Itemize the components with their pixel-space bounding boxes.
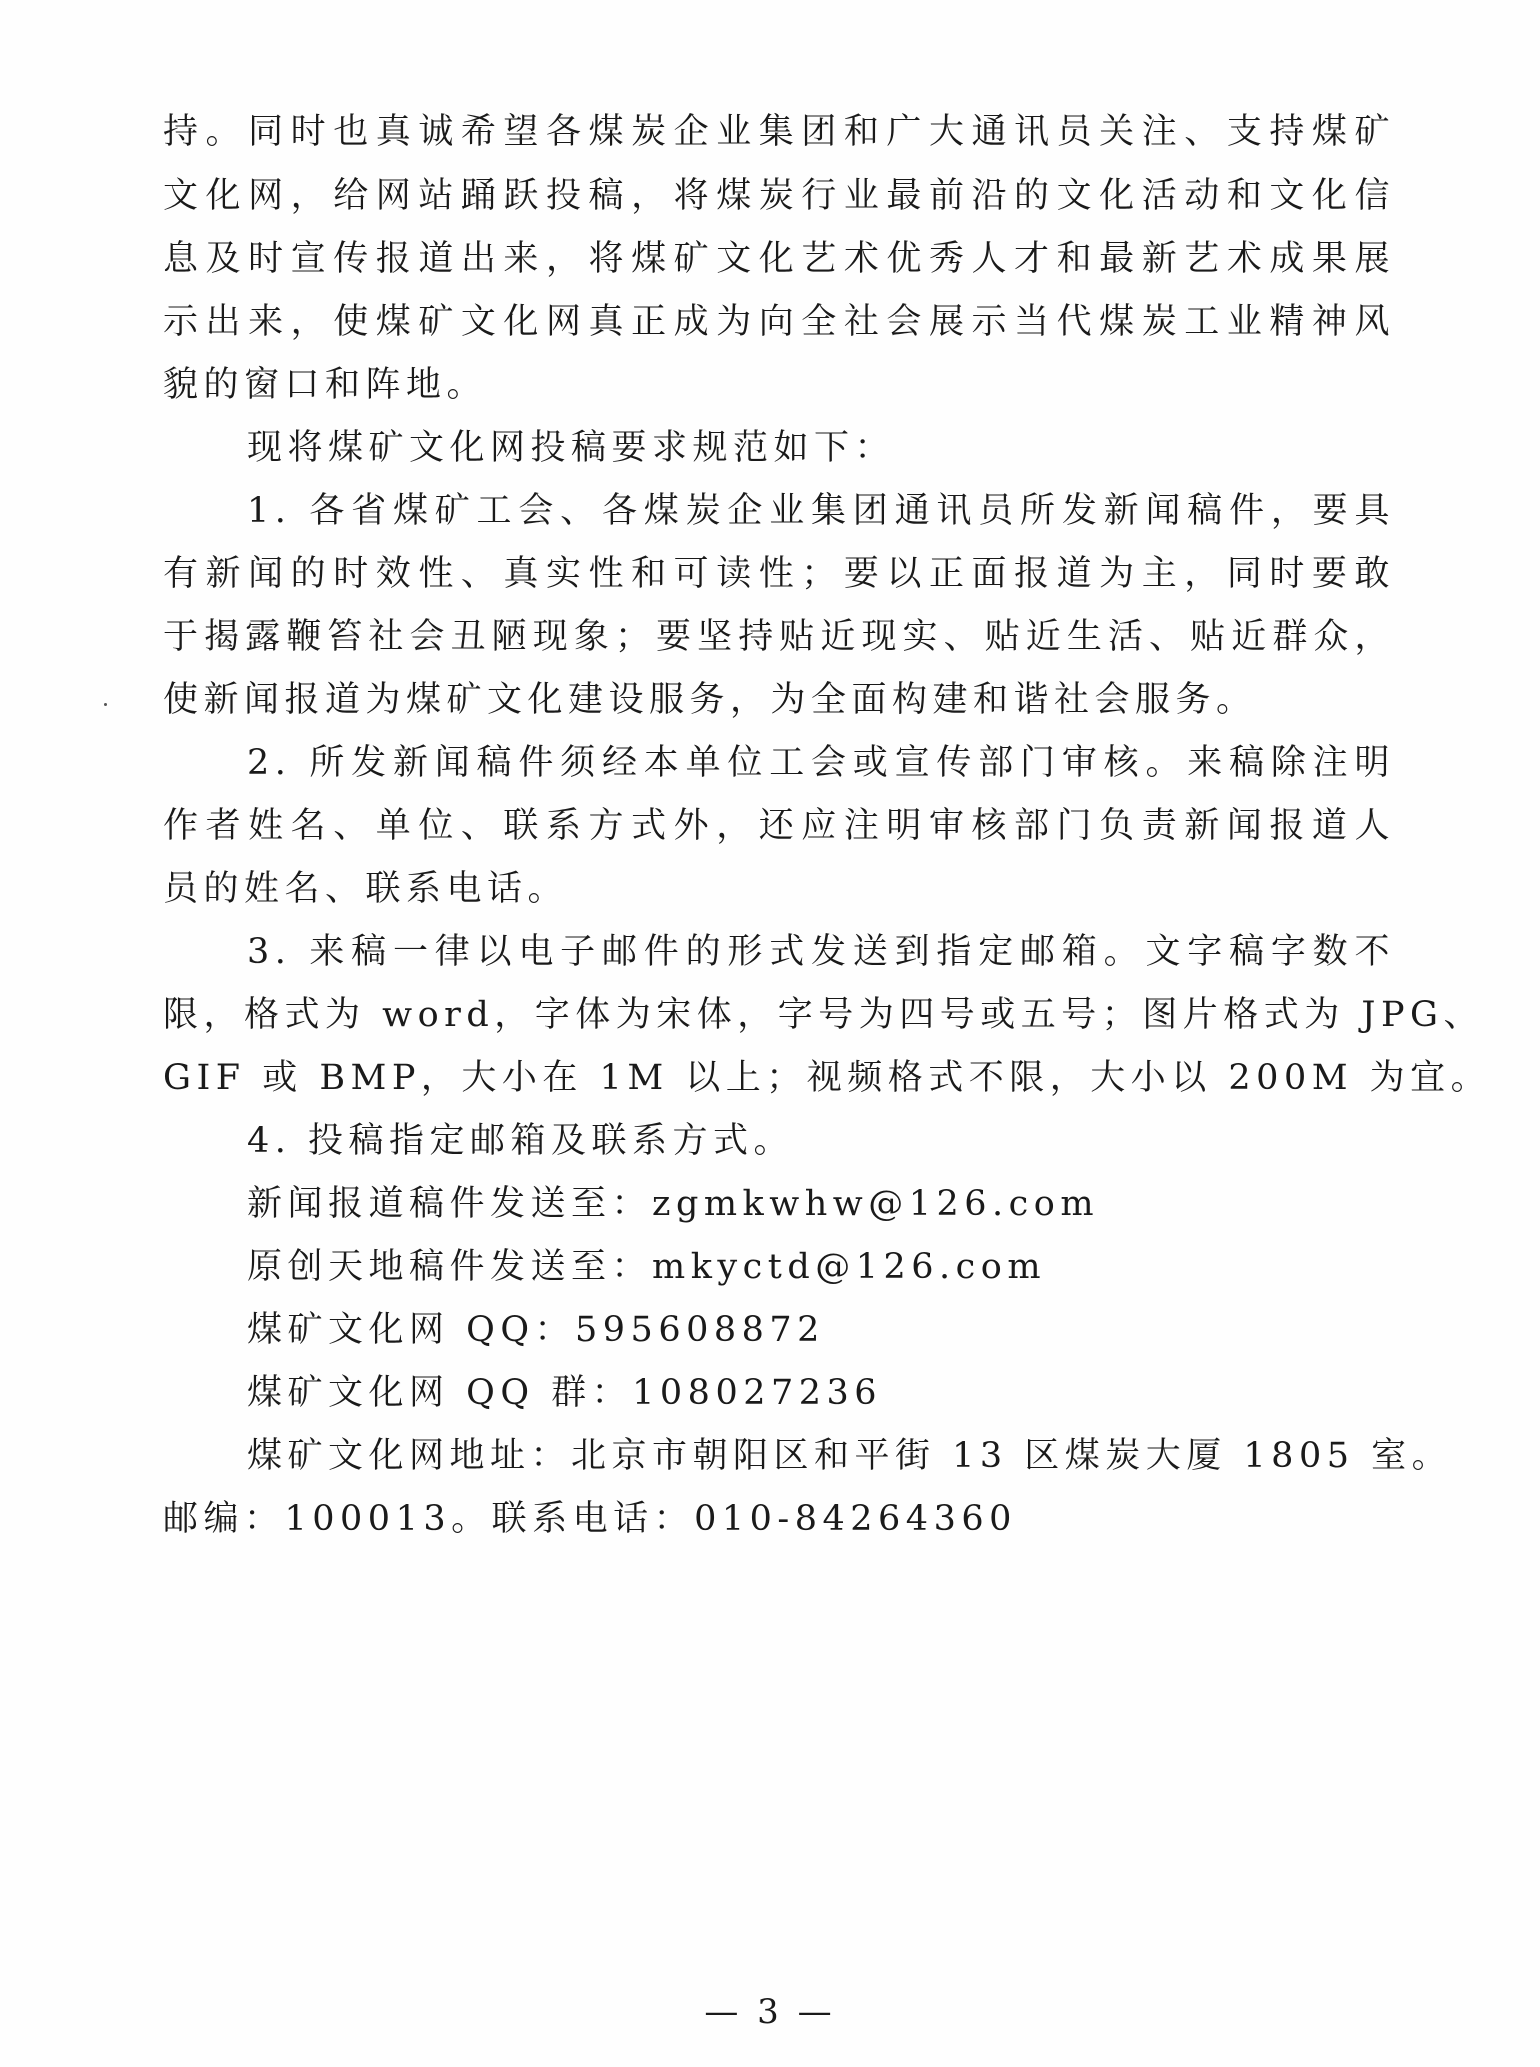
- qq-group-label: 煤矿文化网 QQ 群：: [247, 1373, 632, 1413]
- body-text-line: 息及时宣传报道出来，将煤矿文化艺术优秀人才和最新艺术成果展: [163, 237, 1395, 281]
- original-email-row: 原创天地稿件发送至：mkyctd@126.com: [247, 1245, 1046, 1289]
- scan-speck: [342, 567, 344, 571]
- body-text-line: 持。同时也真诚希望各煤炭企业集团和广大通讯员关注、支持煤矿: [163, 110, 1395, 154]
- item-4-line: 4. 投稿指定邮箱及联系方式。: [247, 1119, 1395, 1163]
- original-email-label: 原创天地稿件发送至：: [247, 1247, 652, 1287]
- qq-group-row: 煤矿文化网 QQ 群：108027236: [247, 1371, 882, 1415]
- body-text-line: 文化网，给网站踊跃投稿，将煤炭行业最前沿的文化活动和文化信: [163, 174, 1395, 218]
- item-1-line: 于揭露鞭笞社会丑陋现象；要坚持贴近现实、贴近生活、贴近群众，: [163, 615, 1395, 659]
- address-line: 煤矿文化网地址：北京市朝阳区和平街 13 区煤炭大厦 1805 室。: [247, 1434, 1395, 1478]
- qq-label: 煤矿文化网 QQ：: [247, 1310, 575, 1350]
- scan-speck: [104, 703, 107, 706]
- item-2-line: 作者姓名、单位、联系方式外，还应注明审核部门负责新闻报道人: [163, 804, 1395, 848]
- document-page: 持。同时也真诚希望各煤炭企业集团和广大通讯员关注、支持煤矿 文化网，给网站踊跃投…: [0, 0, 1540, 2067]
- item-3-line: GIF 或 BMP，大小在 1M 以上；视频格式不限，大小以 200M 为宜。: [163, 1056, 1395, 1100]
- news-email-row: 新闻报道稿件发送至：zgmkwhw@126.com: [247, 1182, 1099, 1226]
- item-3-line: 3. 来稿一律以电子邮件的形式发送到指定邮箱。文字稿字数不: [247, 930, 1395, 974]
- original-email-link[interactable]: mkyctd@126.com: [652, 1247, 1046, 1287]
- body-text-line: 示出来，使煤矿文化网真正成为向全社会展示当代煤炭工业精神风: [163, 300, 1395, 344]
- item-2-line: 员的姓名、联系电话。: [163, 867, 1395, 911]
- postcode-phone-line: 邮编：100013。联系电话：010-84264360: [163, 1497, 1395, 1541]
- item-3-line: 限，格式为 word，字体为宋体，字号为四号或五号；图片格式为 JPG、: [163, 993, 1395, 1037]
- qq-row: 煤矿文化网 QQ：595608872: [247, 1308, 825, 1352]
- page-number: — 3 —: [0, 1992, 1540, 2032]
- item-1-line: 1. 各省煤矿工会、各煤炭企业集团通讯员所发新闻稿件，要具: [247, 489, 1395, 533]
- body-text-line: 貌的窗口和阵地。: [163, 363, 1395, 407]
- news-email-label: 新闻报道稿件发送至：: [247, 1184, 652, 1224]
- requirements-heading: 现将煤矿文化网投稿要求规范如下：: [247, 426, 1395, 470]
- item-2-line: 2. 所发新闻稿件须经本单位工会或宣传部门审核。来稿除注明: [247, 741, 1395, 785]
- item-1-line: 有新闻的时效性、真实性和可读性；要以正面报道为主，同时要敢: [163, 552, 1395, 596]
- item-1-line: 使新闻报道为煤矿文化建设服务，为全面构建和谐社会服务。: [163, 678, 1395, 722]
- qq-number: 595608872: [575, 1310, 825, 1350]
- news-email-link[interactable]: zgmkwhw@126.com: [652, 1184, 1099, 1224]
- qq-group-number: 108027236: [632, 1373, 882, 1413]
